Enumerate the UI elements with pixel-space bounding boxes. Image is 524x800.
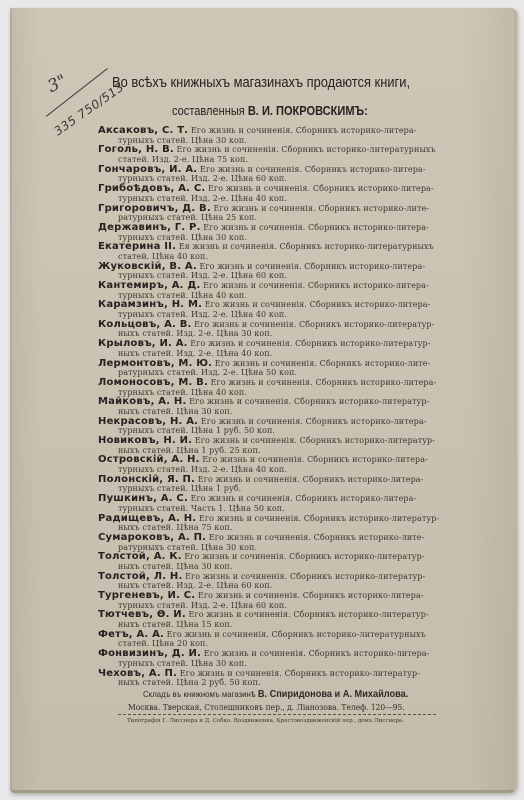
book-entry: Толстой, Л. Н. Его жизнь и сочиненія. Сб… [118, 572, 448, 591]
book-description: Его жизнь и сочиненія. Сборникъ историко… [177, 145, 436, 154]
book-description: Его жизнь и сочиненія. Сборникъ историко… [211, 378, 437, 387]
book-entry-line-1: Крыловъ, И. А. Его жизнь и сочиненія. Сб… [98, 339, 448, 349]
book-author-name: Толстой, А. К. [98, 551, 182, 562]
book-entry: Григоровичъ, Д. В. Его жизнь и сочиненія… [118, 204, 448, 223]
book-author-name: Островскій, А. Н. [98, 454, 200, 465]
book-entry: Гоголь, Н. В. Его жизнь и сочиненія. Сбо… [118, 145, 448, 164]
book-entry-line-1: Кантемиръ, А. Д. Его жизнь и сочиненія. … [98, 281, 448, 291]
book-description: Его жизнь и сочиненія. Сборникъ историко… [203, 281, 429, 290]
book-author-name: Тютчевъ, Ѳ. И. [98, 609, 186, 620]
book-author-name: Кантемиръ, А. Д. [98, 280, 200, 291]
book-author-name: Аксаковъ, С. Т. [98, 125, 188, 136]
book-description: Его жизнь и сочиненія. Сборникъ историко… [204, 649, 430, 658]
book-author-name: Толстой, Л. Н. [98, 571, 182, 582]
book-author-name: Фонвизинъ, Д. И. [98, 648, 201, 659]
book-author-name: Сумароковъ, А. П. [98, 532, 206, 543]
book-entry: Фетъ, А. А. Его жизнь и сочиненія. Сборн… [118, 630, 448, 649]
book-author-name: Тургеневъ, И. С. [98, 590, 195, 601]
book-entry: Майковъ, А. Н. Его жизнь и сочиненія. Сб… [118, 397, 448, 416]
book-entry: Жуковскій, В. А. Его жизнь и сочиненія. … [118, 262, 448, 281]
book-description: Его жизнь и сочиненія. Сборникъ историко… [199, 514, 439, 523]
book-author-name: Карамзинъ, Н. М. [98, 299, 202, 310]
book-author-name: Ломоносовъ, М. В. [98, 377, 208, 388]
book-entry-line-1: Гончаровъ, И. А. Его жизнь и сочиненія. … [98, 165, 448, 175]
book-entry-line-1: Майковъ, А. Н. Его жизнь и сочиненія. Сб… [98, 397, 448, 407]
handwritten-mark: 3" [45, 71, 70, 97]
book-description: Его жизнь и сочиненія. Сборникъ историко… [195, 436, 435, 445]
book-entry: Аксаковъ, С. Т. Его жизнь и сочиненія. С… [118, 126, 448, 145]
footer-warehouse: Складъ въ книжномъ магазинѣ В. Спиридоно… [143, 689, 408, 700]
book-author-name: Жуковскій, В. А. [98, 261, 197, 272]
book-entry-line-1: Радищевъ, А. Н. Его жизнь и сочиненія. С… [98, 514, 448, 524]
book-description: Его жизнь и сочиненія. Сборникъ историко… [198, 475, 424, 484]
book-description: Его жизнь и сочиненія. Сборникъ историко… [194, 320, 434, 329]
book-author-name: Пушкинъ, А. С. [98, 493, 188, 504]
book-entry: Лермонтовъ, М. Ю. Его жизнь и сочиненія.… [118, 359, 448, 378]
book-description: Его жизнь и сочиненія. Сборникъ историко… [201, 417, 427, 426]
book-entry: Сумароковъ, А. П. Его жизнь и сочиненія.… [118, 533, 448, 552]
book-description: Его жизнь и сочиненія. Сборникъ историко… [191, 494, 417, 503]
book-entry: Екатерина II. Ея жизнь и сочиненія. Сбор… [118, 242, 448, 261]
book-entry-line-1: Жуковскій, В. А. Его жизнь и сочиненія. … [98, 262, 448, 272]
book-entry: Некрасовъ, Н. А. Его жизнь и сочиненія. … [118, 417, 448, 436]
heading-compiled-by: составленныя [172, 103, 248, 118]
book-entry: Тютчевъ, Ѳ. И. Его жизнь и сочиненія. Сб… [118, 610, 448, 629]
book-entry: Полонскій, Я. П. Его жизнь и сочиненія. … [118, 475, 448, 494]
book-author-name: Некрасовъ, Н. А. [98, 416, 198, 427]
book-entry: Кантемиръ, А. Д. Его жизнь и сочиненія. … [118, 281, 448, 300]
book-description: Его жизнь и сочиненія. Сборникъ историко… [185, 572, 425, 581]
book-entry: Кольцовъ, А. В. Его жизнь и сочиненія. С… [118, 320, 448, 339]
book-entry: Новиковъ, Н. И. Его жизнь и сочиненія. С… [118, 436, 448, 455]
book-entry: Пушкинъ, А. С. Его жизнь и сочиненія. Сб… [118, 494, 448, 513]
book-entry: Чеховъ, А. П. Его жизнь и сочиненія. Сбо… [118, 669, 448, 688]
book-entry-line-1: Григоровичъ, Д. В. Его жизнь и сочиненія… [98, 204, 448, 214]
book-description: Его жизнь и сочиненія. Сборникъ историко… [198, 591, 424, 600]
book-author-name: Гоголь, Н. В. [98, 144, 174, 155]
book-entry-line-1: Фетъ, А. А. Его жизнь и сочиненія. Сборн… [98, 630, 448, 640]
book-description: Его жизнь и сочиненія. Сборникъ историко… [167, 630, 426, 639]
book-entry-line-1: Новиковъ, Н. И. Его жизнь и сочиненія. С… [98, 436, 448, 446]
book-author-name: Радищевъ, А. Н. [98, 513, 196, 524]
book-author-name: Чеховъ, А. П. [98, 668, 177, 679]
heading-line-2: составленныя В. И. ПОКРОВСКИМЪ: [172, 103, 368, 118]
book-entry: Грибоѣдовъ, А. С. Его жизнь и сочиненія.… [118, 184, 448, 203]
book-description: Его жизнь и сочиненія. Сборникъ историко… [209, 533, 425, 542]
book-author-name: Грибоѣдовъ, А. С. [98, 183, 205, 194]
book-author-name: Полонскій, Я. П. [98, 474, 195, 485]
book-description: Его жизнь и сочиненія. Сборникъ историко… [213, 204, 429, 213]
book-entry-line-1: Тургеневъ, И. С. Его жизнь и сочиненія. … [98, 591, 448, 601]
heading-line-1: Во всѣхъ книжныхъ магазинахъ продаются к… [112, 74, 396, 91]
book-entry: Фонвизинъ, Д. И. Его жизнь и сочиненія. … [118, 649, 448, 668]
book-entry-line-1: Толстой, Л. Н. Его жизнь и сочиненія. Сб… [98, 572, 448, 582]
book-author-name: Екатерина II. [98, 241, 176, 252]
book-entry-line-1: Лермонтовъ, М. Ю. Его жизнь и сочиненія.… [98, 359, 448, 369]
book-entry-line-1: Сумароковъ, А. П. Его жизнь и сочиненія.… [98, 533, 448, 543]
book-description: Его жизнь и сочиненія. Сборникъ историко… [190, 339, 430, 348]
book-description: Его жизнь и сочиненія. Сборникъ историко… [215, 359, 431, 368]
book-entry-line-1: Карамзинъ, Н. М. Его жизнь и сочиненія. … [98, 300, 448, 310]
book-entry-line-1: Тютчевъ, Ѳ. И. Его жизнь и сочиненія. Сб… [98, 610, 448, 620]
book-list: Аксаковъ, С. Т. Его жизнь и сочиненія. С… [118, 126, 448, 688]
footer-divider [118, 714, 436, 715]
book-entry: Гончаровъ, И. А. Его жизнь и сочиненія. … [118, 165, 448, 184]
book-entry: Державинъ, Г. Р. Его жизнь и сочиненія. … [118, 223, 448, 242]
book-entry-line-1: Полонскій, Я. П. Его жизнь и сочиненія. … [98, 475, 448, 485]
book-description: Его жизнь и сочиненія. Сборникъ историко… [200, 165, 426, 174]
book-entry-line-1: Державинъ, Г. Р. Его жизнь и сочиненія. … [98, 223, 448, 233]
book-description: Его жизнь и сочиненія. Сборникъ историко… [180, 669, 420, 678]
heading-author: В. И. ПОКРОВСКИМЪ: [248, 103, 368, 118]
book-entry-line-1: Грибоѣдовъ, А. С. Его жизнь и сочиненія.… [98, 184, 448, 194]
book-entry: Толстой, А. К. Его жизнь и сочиненія. Сб… [118, 552, 448, 571]
book-entry-line-1: Пушкинъ, А. С. Его жизнь и сочиненія. Сб… [98, 494, 448, 504]
book-entry-line-1: Некрасовъ, Н. А. Его жизнь и сочиненія. … [98, 417, 448, 427]
book-author-name: Григоровичъ, Д. В. [98, 203, 211, 214]
book-price-line: ныхъ статей. Цѣна 2 руб. 50 коп. [118, 678, 448, 688]
book-price-line: ныхъ статей. Цѣна 15 коп. [118, 620, 448, 630]
book-entry: Тургеневъ, И. С. Его жизнь и сочиненія. … [118, 591, 448, 610]
book-entry-line-1: Фонвизинъ, Д. И. Его жизнь и сочиненія. … [98, 649, 448, 659]
book-entry: Островскій, А. Н. Его жизнь и сочиненія.… [118, 455, 448, 474]
book-entry-line-1: Чеховъ, А. П. Его жизнь и сочиненія. Сбо… [98, 669, 448, 679]
book-author-name: Фетъ, А. А. [98, 629, 164, 640]
book-entry-line-1: Толстой, А. К. Его жизнь и сочиненія. Сб… [98, 552, 448, 562]
book-author-name: Майковъ, А. Н. [98, 396, 186, 407]
book-description: Его жизнь и сочиненія. Сборникъ историко… [205, 300, 431, 309]
book-entry: Крыловъ, И. А. Его жизнь и сочиненія. Сб… [118, 339, 448, 358]
book-entry-line-1: Екатерина II. Ея жизнь и сочиненія. Сбор… [98, 242, 448, 252]
book-author-name: Лермонтовъ, М. Ю. [98, 358, 212, 369]
book-description: Его жизнь и сочиненія. Сборникъ историко… [203, 223, 429, 232]
book-description: Его жизнь и сочиненія. Сборникъ историко… [199, 262, 425, 271]
book-author-name: Кольцовъ, А. В. [98, 319, 192, 330]
book-author-name: Державинъ, Г. Р. [98, 222, 201, 233]
book-author-name: Новиковъ, Н. И. [98, 435, 192, 446]
footer-address: Москва. Тверская, Столешниковъ пер., д. … [128, 702, 405, 712]
book-description: Его жизнь и сочиненія. Сборникъ историко… [191, 126, 417, 135]
book-entry-line-1: Гоголь, Н. В. Его жизнь и сочиненія. Сбо… [98, 145, 448, 155]
book-description: Его жизнь и сочиненія. Сборникъ историко… [189, 397, 429, 406]
book-description: Его жизнь и сочиненія. Сборникъ историко… [188, 610, 428, 619]
book-entry: Радищевъ, А. Н. Его жизнь и сочиненія. С… [118, 514, 448, 533]
book-author-name: Гончаровъ, И. А. [98, 164, 197, 175]
footer-printer: Типографія Г. Лисснера и Д. Собко. Воздв… [127, 718, 404, 724]
book-entry-line-1: Ломоносовъ, М. В. Его жизнь и сочиненія.… [98, 378, 448, 388]
book-entry-line-1: Кольцовъ, А. В. Его жизнь и сочиненія. С… [98, 320, 448, 330]
book-description: Его жизнь и сочиненія. Сборникъ историко… [202, 455, 428, 464]
book-entry: Карамзинъ, Н. М. Его жизнь и сочиненія. … [118, 300, 448, 319]
footer-warehouse-prefix: Складъ въ книжномъ магазинѣ [143, 689, 258, 699]
footer-warehouse-names: В. Спиридонова и А. Михайлова. [258, 689, 408, 700]
book-description: Его жизнь и сочиненія. Сборникъ историко… [208, 184, 434, 193]
book-author-name: Крыловъ, И. А. [98, 338, 188, 349]
book-entry-line-1: Островскій, А. Н. Его жизнь и сочиненія.… [98, 455, 448, 465]
book-description: Ея жизнь и сочиненія. Сборникъ историко-… [179, 242, 434, 251]
book-description: Его жизнь и сочиненія. Сборникъ историко… [184, 552, 424, 561]
book-entry-line-1: Аксаковъ, С. Т. Его жизнь и сочиненія. С… [98, 126, 448, 136]
book-entry: Ломоносовъ, М. В. Его жизнь и сочиненія.… [118, 378, 448, 397]
